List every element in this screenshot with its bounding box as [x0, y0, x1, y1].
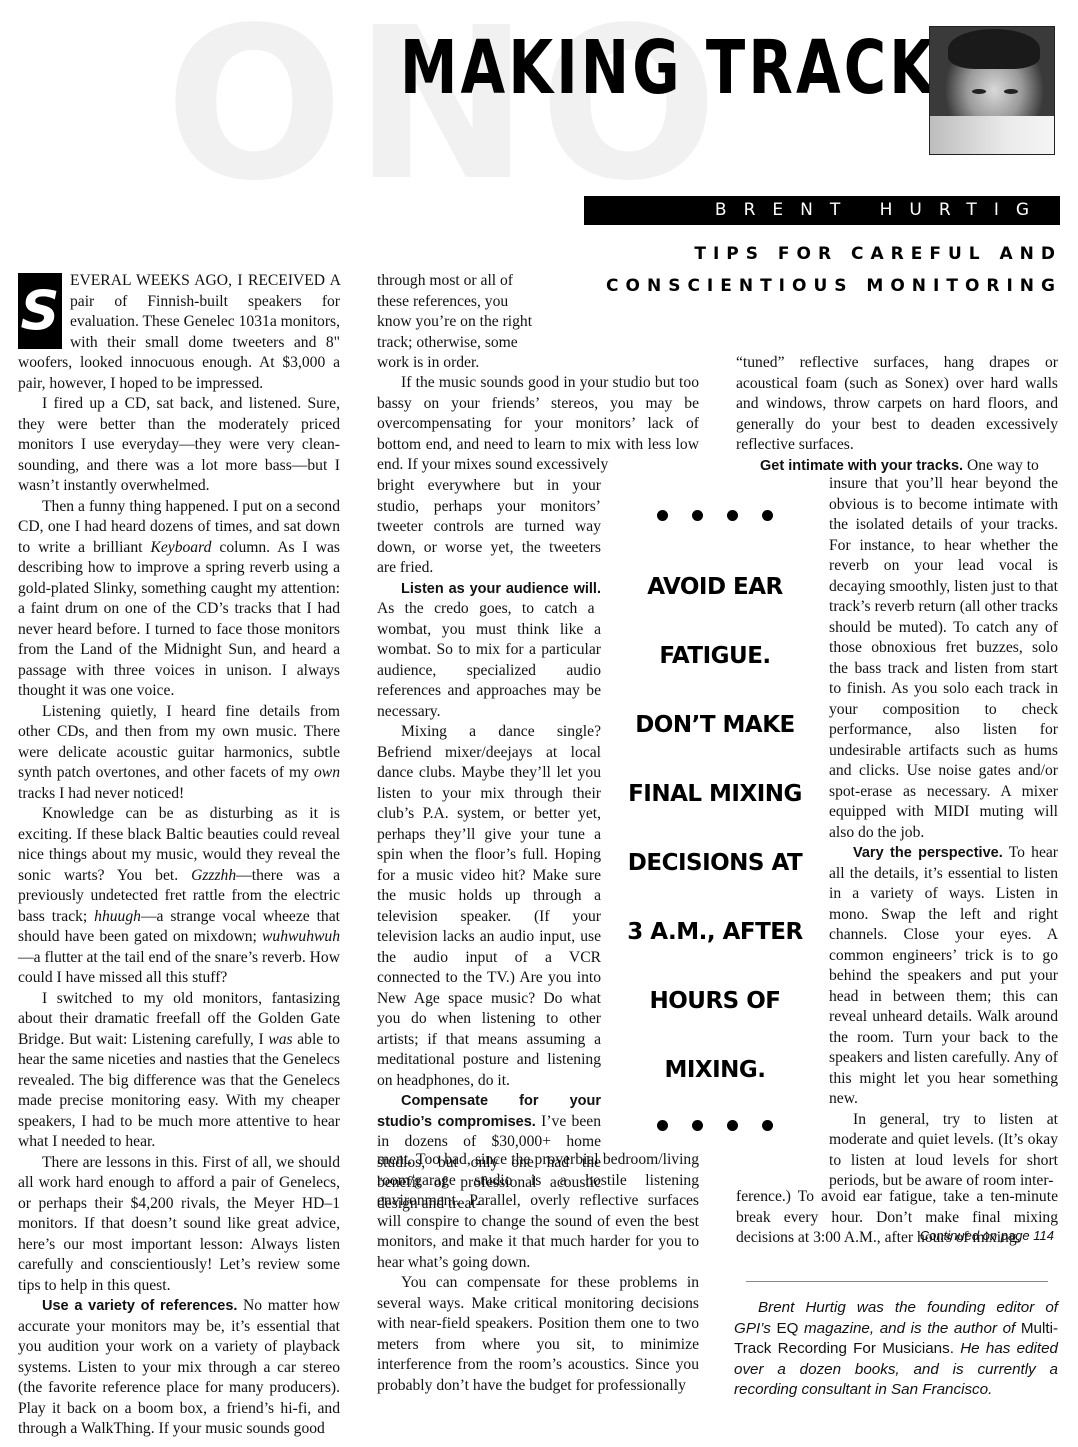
dot-icon — [762, 510, 773, 521]
dot-icon — [727, 510, 738, 521]
section-heading: Vary the perspective. — [853, 845, 1003, 861]
column-3-narrow: insure that you’ll hear beyond the obvio… — [829, 474, 1058, 1192]
column-2-narrow: bright everywhere but in your studio, pe… — [377, 476, 601, 1214]
paragraph: Then a funny thing happened. I put on a … — [18, 497, 340, 702]
paragraph: There are lessons in this. First of all,… — [18, 1153, 340, 1297]
section-heading: Listen as your audience will. — [401, 581, 601, 597]
paragraph: Knowledge can be as disturbing as it is … — [18, 804, 340, 989]
author-bio: Brent Hurtig was the founding editor of … — [734, 1298, 1058, 1401]
subhead-line-1: TIPS FOR CAREFUL AND — [694, 244, 1062, 264]
author-photo — [929, 26, 1055, 155]
paragraph: EVERAL WEEKS AGO, I RECEIVED A pair of F… — [18, 271, 340, 394]
subhead-line-2: CONSCIENTIOUS MONITORING — [606, 276, 1062, 296]
dot-icon — [727, 1120, 738, 1131]
bullet-dots-bottom — [608, 1115, 822, 1135]
dot-icon — [657, 510, 668, 521]
paragraph: Use a variety of references. No matter h… — [18, 1296, 340, 1440]
paragraph: I fired up a CD, sat back, and listened.… — [18, 394, 340, 497]
pull-quote: AVOID EAR FATIGUE. DON’T MAKE FINAL MIXI… — [608, 505, 822, 1135]
section-heading: Use a variety of references. — [42, 1298, 237, 1314]
dot-icon — [762, 1120, 773, 1131]
column-2-bottom: ment. Too bad, since the proverbial bedr… — [377, 1150, 699, 1396]
dot-icon — [657, 1120, 668, 1131]
divider — [746, 1281, 1048, 1282]
paragraph: Listening quietly, I heard fine details … — [18, 702, 340, 805]
dot-icon — [692, 1120, 703, 1131]
bullet-dots-top — [608, 505, 822, 525]
continued-link[interactable]: Continued on page 114 — [920, 1228, 1054, 1243]
section-heading: Get intimate with your tracks. — [760, 458, 963, 474]
paragraph: I switched to my old monitors, fantasizi… — [18, 989, 340, 1153]
page-title: MAKING TRACKS — [400, 18, 806, 118]
column-1: S EVERAL WEEKS AGO, I RECEIVED A pair of… — [18, 271, 340, 1440]
column-2-top: through most or all of these references,… — [377, 271, 545, 374]
dropcap: S — [18, 273, 62, 349]
dot-icon — [692, 510, 703, 521]
column-2-wide: If the music sounds good in your studio … — [377, 373, 699, 476]
author-banner: BRENT HURTIG — [584, 196, 1060, 225]
column-3-top: “tuned” reflective surfaces, hang drapes… — [736, 353, 1058, 476]
